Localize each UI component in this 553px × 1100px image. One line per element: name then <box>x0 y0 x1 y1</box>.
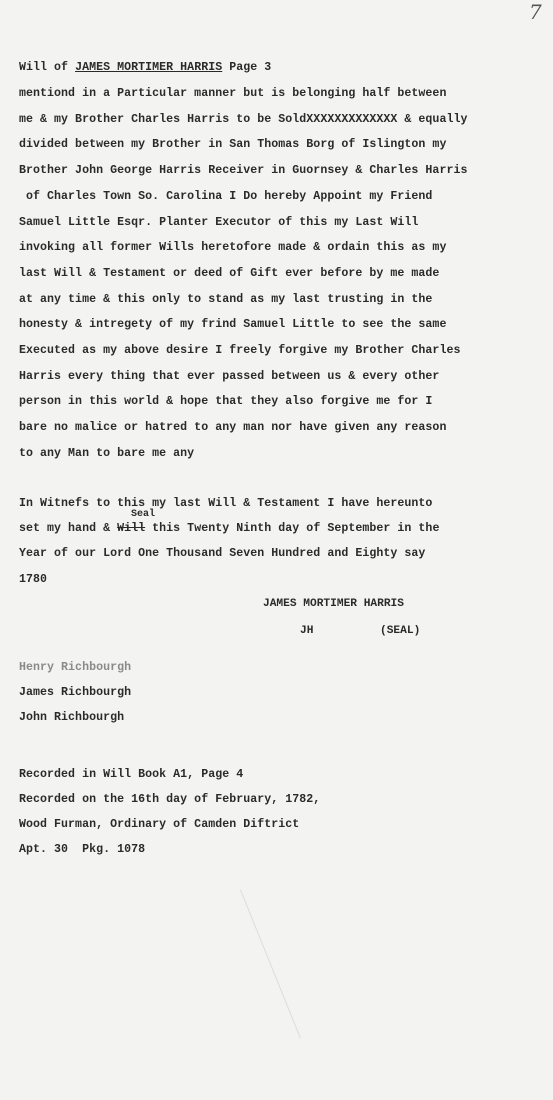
seal-insertion: Seal <box>131 509 155 520</box>
paper-fold-mark <box>240 890 301 1039</box>
witness-line-3: Year of our Lord One Thousand Seven Hund… <box>19 547 425 560</box>
will-body-line: honesty & intregety of my frind Samuel L… <box>19 318 446 331</box>
document-header: Will of JAMES MORTIMER HARRIS Page 3 <box>19 61 271 74</box>
witness-line-2-before: set my hand & <box>19 522 117 535</box>
will-body-line: last Will & Testament or deed of Gift ev… <box>19 267 439 280</box>
will-body-line: Executed as my above desire I freely for… <box>19 344 460 357</box>
witness-line-2-after: this Twenty Ninth day of September in th… <box>145 522 439 535</box>
signature-name: JAMES MORTIMER HARRIS <box>263 598 404 610</box>
signature-initials: JH <box>300 625 313 637</box>
will-body-line: divided between my Brother in San Thomas… <box>19 138 446 151</box>
signature-seal: (SEAL) <box>380 625 420 637</box>
recording-line: Apt. 30 Pkg. 1078 <box>19 843 145 856</box>
will-body-line: invoking all former Wills heretofore mad… <box>19 241 446 254</box>
will-body-line: person in this world & hope that they al… <box>19 395 432 408</box>
header-prefix: Will of <box>19 61 75 74</box>
recording-line: Recorded in Will Book A1, Page 4 <box>19 768 243 781</box>
will-body-line: Samuel Little Esqr. Planter Executor of … <box>19 216 418 229</box>
recording-line: Recorded on the 16th day of February, 17… <box>19 793 320 806</box>
witness-year: 1780 <box>19 573 47 586</box>
page-number: 7 <box>529 0 542 24</box>
recording-line: Wood Furman, Ordinary of Camden Diftrict <box>19 818 299 831</box>
will-body-line: of Charles Town So. Carolina I Do hereby… <box>19 190 432 203</box>
will-body-line: Brother John George Harris Receiver in G… <box>19 164 467 177</box>
will-body-line: mentiond in a Particular manner but is b… <box>19 87 446 100</box>
witness-line-2: set my hand & Will this Twenty Ninth day… <box>19 522 439 535</box>
witness-name: James Richbourgh <box>19 686 131 699</box>
will-body-line: Harris every thing that ever passed betw… <box>19 370 439 383</box>
header-page: Page 3 <box>222 61 271 74</box>
witness-name: John Richbourgh <box>19 711 124 724</box>
testator-name: JAMES MORTIMER HARRIS <box>75 61 222 74</box>
will-body-line: at any time & this only to stand as my l… <box>19 293 432 306</box>
witness-line-1: In Witnefs to this my last Will & Testam… <box>19 497 432 510</box>
will-body-line: bare no malice or hatred to any man nor … <box>19 421 446 434</box>
witness-name: Henry Richbourgh <box>19 661 131 674</box>
will-body-line: to any Man to bare me any <box>19 447 194 460</box>
struck-word: Will <box>117 522 145 535</box>
will-body-line: me & my Brother Charles Harris to be Sol… <box>19 113 467 126</box>
